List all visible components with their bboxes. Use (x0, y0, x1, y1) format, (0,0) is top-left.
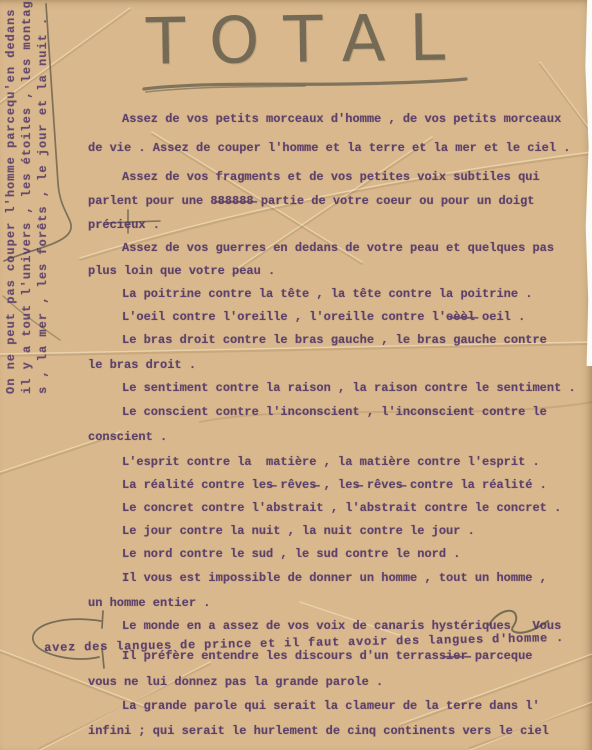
typed-line: Assez de vos guerres en dedans de votre … (122, 241, 554, 255)
typed-line: Le nord contre le sud , le sud contre le… (122, 547, 460, 561)
typed-line: parlent pour une 8̶8̶8̶8̶8̶8̶ partie de … (88, 194, 534, 208)
typed-line: infini ; qui serait le hurlement de cinq… (88, 724, 549, 738)
typed-line: un homme entier . (88, 596, 210, 610)
typed-line: plus loin que votre peau . (88, 264, 275, 278)
margin-note-line: On ne peut pas couper l'homme parcequ'en… (3, 0, 19, 394)
typed-line: précieux . (88, 218, 160, 232)
typed-line: conscient . (88, 430, 167, 444)
typed-line: vous ne lui donnez pas la grande parole … (88, 675, 383, 689)
title-underline-pencil (144, 79, 466, 89)
typed-line: le bras droit . (88, 358, 196, 372)
margin-note: On ne peut pas couper l'homme parcequ'en… (3, 0, 51, 394)
typed-line: Le bras droit contre le bras gauche , le… (122, 333, 547, 347)
typed-line: Le jour contre la nuit , la nuit contre … (122, 524, 475, 538)
typed-line: Assez de vos petits morceaux d'homme , d… (122, 112, 561, 126)
typed-line: La réalité contre les̶ rêves̶ , les̶ rêv… (122, 478, 547, 492)
margin-note-line: il y a tout l'univers , les étoiles , le… (19, 0, 35, 394)
typed-line: L'esprit contre la matière , la matière … (122, 455, 540, 469)
typed-line: L'oeil contre l'oreille , l'oreille cont… (122, 310, 525, 324)
typed-line: de vie . Assez de couper l'homme et la t… (88, 141, 570, 155)
typed-line: Il préfère entendre les discours d'un te… (122, 649, 532, 663)
typed-line: Le conscient contre l'inconscient , l'in… (122, 405, 547, 419)
scanned-document: TOTAL On ne peut pas couper l'homme parc… (0, 0, 592, 750)
typed-line: Il vous est impossible de donner un homm… (122, 571, 547, 585)
typed-line: La grande parole qui serait la clameur d… (122, 699, 540, 713)
typed-line: Le concret contre l'abstrait , l'abstrai… (122, 501, 561, 515)
typed-line: Le sentiment contre la raison , la raiso… (122, 381, 576, 395)
typed-line: Assez de vos fragments et de vos petites… (122, 170, 540, 184)
typed-line: La poitrine contre la tête , la tête con… (122, 287, 532, 301)
typed-line: Le monde en a assez de vos voix de canar… (122, 619, 561, 633)
margin-note-line: s , la mer , les forêts , le jour et la … (35, 0, 51, 394)
